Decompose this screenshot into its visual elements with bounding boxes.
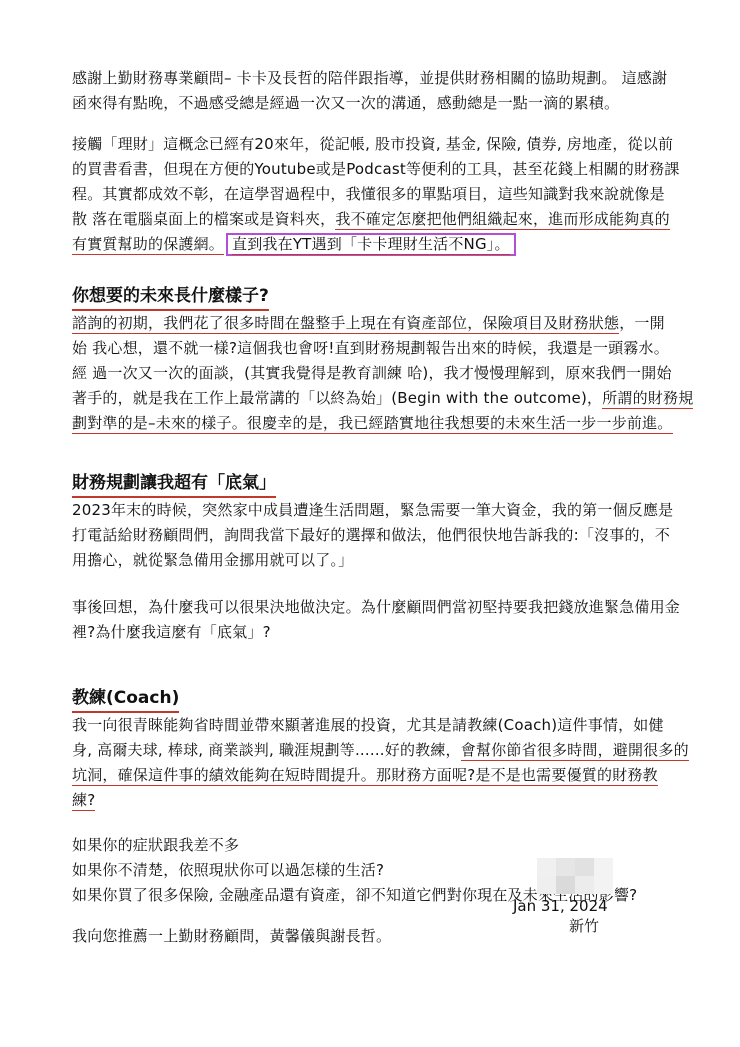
text-line: 感謝上勤財務專業顧問– 卡卡及長哲的陪伴跟指導，並提供財務相關的協助規劃。 這感…: [72, 66, 672, 91]
text-line: 裡?為什麼我這麼有「底氣」?: [72, 620, 672, 645]
highlight-box: 直到我在YT遇到「卡卡理財生活不NG」。: [226, 233, 516, 256]
text-line: 身, 高爾夫球, 棒球, 商業談判, 職涯規劃等......好的教練，會幫你節省…: [72, 738, 672, 763]
text-line: 2023年末的時候，突然家中成員遭逢生活問題，緊急需要一筆大資金，我的第一個反應…: [72, 498, 672, 523]
text-line: 坑洞，確保這件事的績效能夠在短時間提升。那財務方面呢?是不是也需要優質的財務教: [72, 763, 672, 788]
section-heading: 你想要的未來長什麼樣子?: [72, 283, 269, 311]
background-paragraph: 接觸「理財」這概念已經有20來年，從記帳, 股市投資, 基金, 保險, 債券, …: [72, 132, 672, 257]
underlined-text: 我不確定怎麼把他們組織起來，進而形成能夠真的: [335, 210, 669, 230]
text-line: 如果你的症狀跟我差不多: [72, 833, 672, 858]
text-line: 事後回想，為什麼我可以很果決地做決定。為什麼顧問們當初堅持要我把錢放進緊急備用金: [72, 595, 672, 620]
text-line: 打電話給財務顧問們，詢問我當下最好的選擇和做法，他們很快地告訴我的:「沒事的，不: [72, 523, 672, 548]
intro-paragraph: 感謝上勤財務專業顧問– 卡卡及長哲的陪伴跟指導，並提供財務相關的協助規劃。 這感…: [72, 66, 672, 116]
boxed-underlined-text: 直到我在YT遇到「卡卡理財生活不NG」。: [232, 235, 510, 255]
section-heading: 教練(Coach): [72, 685, 179, 713]
text-line: 有實質幫助的保護網。直到我在YT遇到「卡卡理財生活不NG」。: [72, 232, 672, 257]
text-line: 用擔心，就從緊急備用金挪用就可以了。」: [72, 548, 672, 573]
underlined-text: 練?: [72, 791, 95, 811]
section-confidence: 財務規劃讓我超有「底氣」 2023年末的時候，突然家中成員遭逢生活問題，緊急需要…: [72, 460, 672, 645]
text-line: 始 我心想，還不就一樣?這個我也會呀!直到財務規劃報告出來的時候，我還是一頭霧水…: [72, 336, 672, 361]
signature-date: Jan 31, 2024: [513, 895, 608, 917]
plain-text: 散 落在電腦桌面上的檔案或是資料夾，: [72, 210, 335, 228]
underlined-text: 會幫你節省很多時間，避開很多的: [461, 741, 689, 761]
text-line: 經 過一次又一次的面談，(其實我覺得是教育訓練 哈)，我才慢慢理解到，原來我們一…: [72, 361, 672, 386]
redacted-signature-lower: [537, 876, 613, 894]
text-line: 函來得有點晚，不過感受總是經過一次又一次的溝通，感動總是一點一滴的累積。: [72, 91, 672, 116]
text-line: 著手的，就是我在工作上最常講的「以終為始」(Begin with the out…: [72, 386, 672, 411]
paragraph: 事後回想，為什麼我可以很果決地做決定。為什麼顧問們當初堅持要我把錢放進緊急備用金…: [72, 595, 672, 645]
text-line: 劃對準的是–未來的樣子。很慶幸的是，我已經踏實地往我想要的未來生活一步一步前進。: [72, 411, 672, 436]
plain-text: 身, 高爾夫球, 棒球, 商業談判, 職涯規劃等......好的教練，: [72, 741, 461, 759]
text-line: 散 落在電腦桌面上的檔案或是資料夾，我不確定怎麼把他們組織起來，進而形成能夠真的: [72, 207, 672, 232]
section-heading: 財務規劃讓我超有「底氣」: [72, 470, 276, 498]
text-line: 程。其實都成效不彰，在這學習過程中，我懂很多的單點項目，這些知識對我來說就像是: [72, 182, 672, 207]
text-line: 我一向很青睞能夠省時間並帶來顯著進展的投資，尤其是請教練(Coach)這件事情，…: [72, 713, 672, 738]
underlined-text: 坑洞，確保這件事的績效能夠在短時間提升。那財務方面呢?是不是也需要優質的財務教: [72, 766, 658, 786]
plain-text: ，一開: [619, 314, 665, 332]
plain-text: 著手的，就是我在工作上最常講的「以終為始」(Begin with the out…: [72, 389, 602, 407]
text-line: 諮詢的初期，我們花了很多時間在盤整手上現在有資產部位，保險項目及財務狀態，一開: [72, 311, 672, 336]
text-line: 練?: [72, 788, 672, 813]
underlined-text: 劃對準的是–未來的樣子。很慶幸的是，我已經踏實地往我想要的未來生活一步一步前進。: [72, 414, 673, 434]
signature-location: 新竹: [569, 915, 599, 937]
underlined-text: 有實質幫助的保護網。: [72, 235, 224, 255]
letter-body: 感謝上勤財務專業顧問– 卡卡及長哲的陪伴跟指導，並提供財務相關的協助規劃。 這感…: [72, 66, 672, 949]
text-line: 接觸「理財」這概念已經有20來年，從記帳, 股市投資, 基金, 保險, 債券, …: [72, 132, 672, 157]
text-line: 的買書看書，但現在方便的Youtube或是Podcast等便利的工具，甚至花錢上…: [72, 157, 672, 182]
section-future: 你想要的未來長什麼樣子? 諮詢的初期，我們花了很多時間在盤整手上現在有資產部位，…: [72, 273, 672, 436]
paragraph: 2023年末的時候，突然家中成員遭逢生活問題，緊急需要一筆大資金，我的第一個反應…: [72, 498, 672, 573]
underlined-text: 所謂的財務規: [602, 389, 693, 409]
section-coach: 教練(Coach) 我一向很青睞能夠省時間並帶來顯著進展的投資，尤其是請教練(C…: [72, 675, 672, 813]
underlined-text: 諮詢的初期，我們花了很多時間在盤整手上現在有資產部位，保險項目及財務狀態: [72, 314, 619, 334]
